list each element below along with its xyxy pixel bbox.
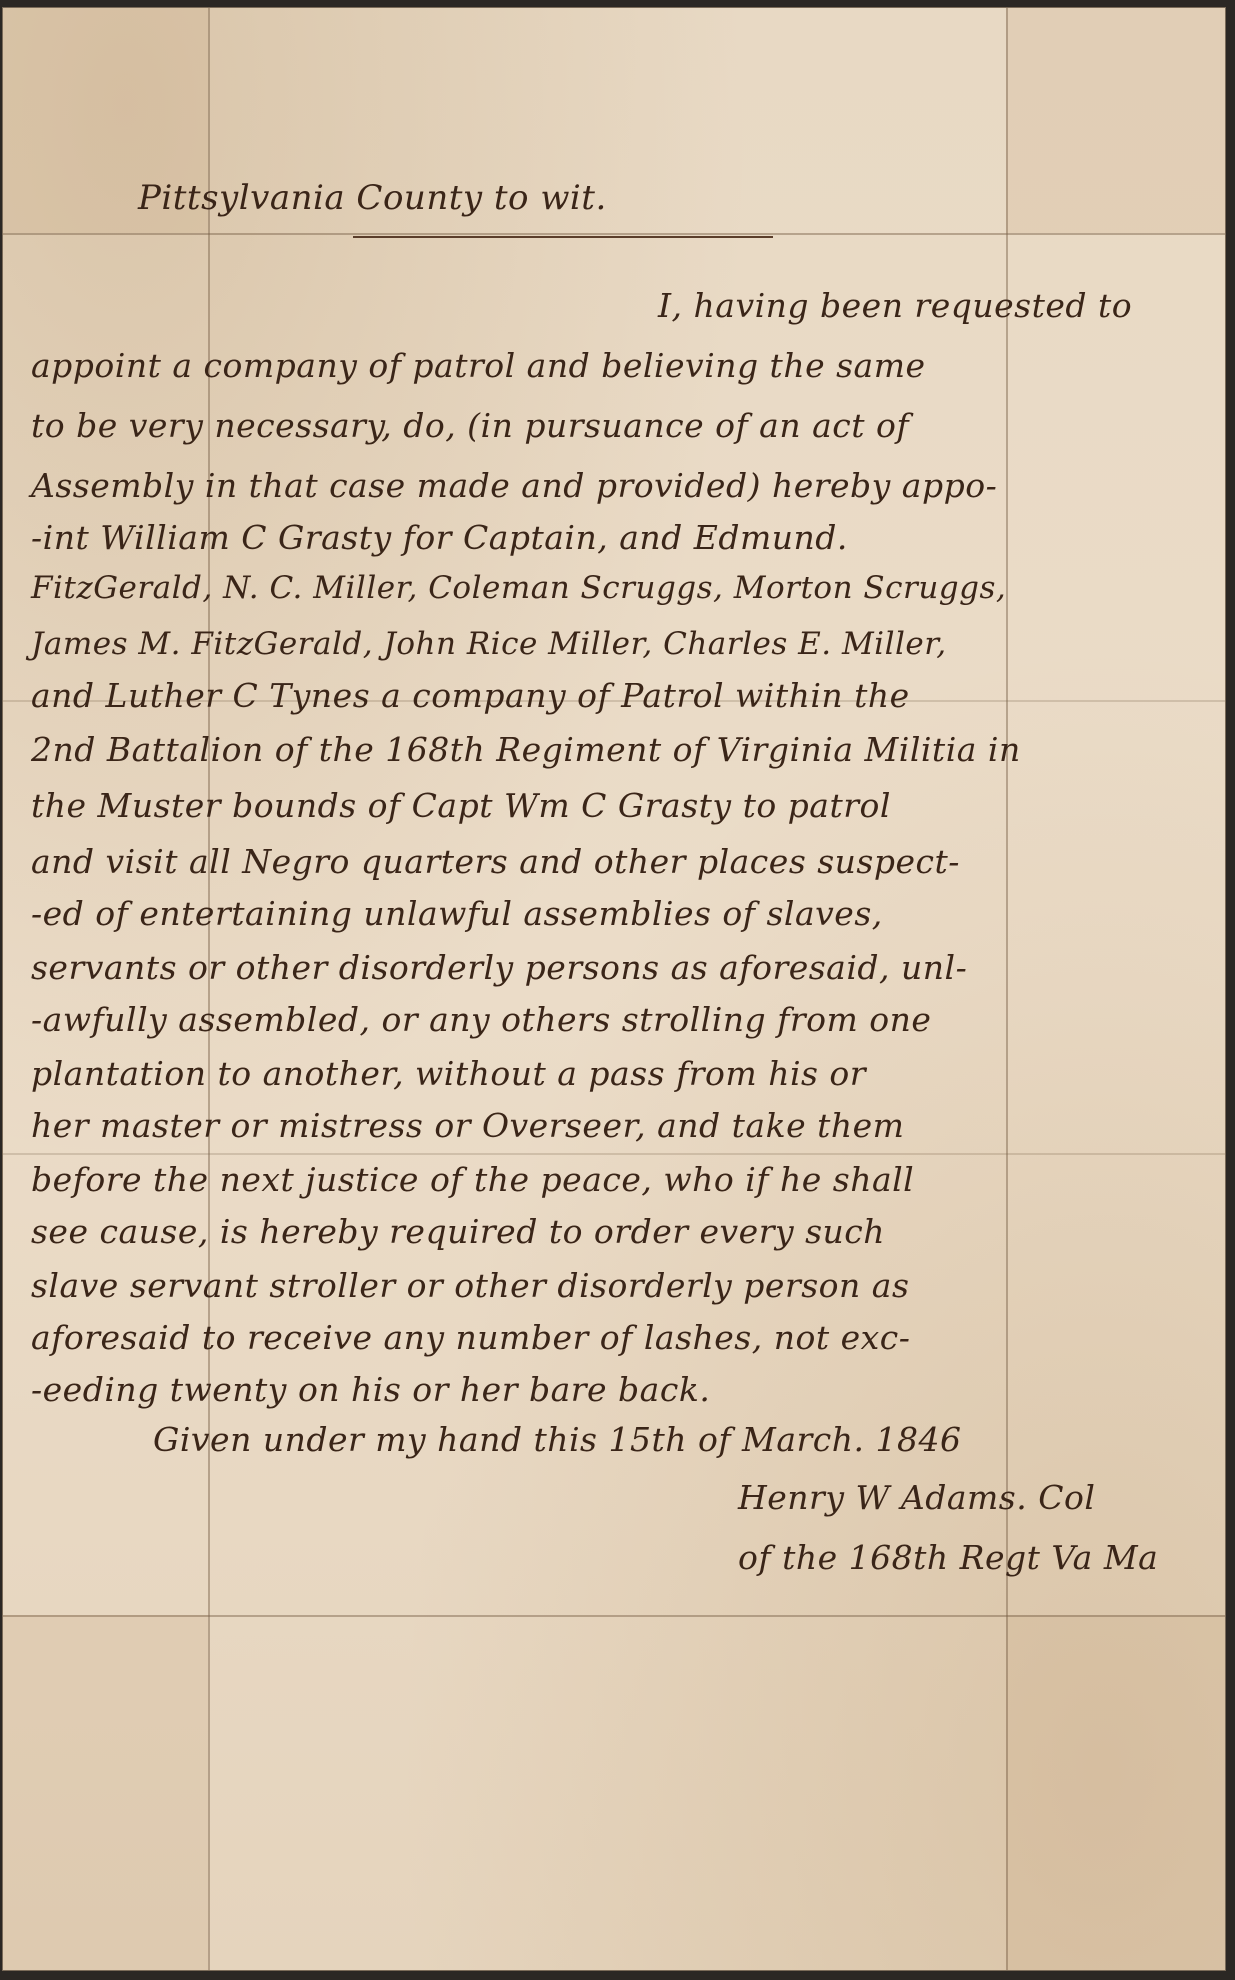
closing-date-line: Given under my hand this 15th of March. … (153, 1420, 961, 1459)
body-line: appoint a company of patrol and believin… (31, 346, 926, 385)
body-line: FitzGerald, N. C. Miller, Coleman Scrugg… (31, 570, 1006, 606)
fold-line-top (3, 233, 1225, 235)
body-line: -ed of entertaining unlawful assemblies … (31, 894, 883, 933)
body-line: aforesaid to receive any number of lashe… (31, 1318, 910, 1357)
body-line: her master or mistress or Overseer, and … (31, 1106, 904, 1145)
signature-name: Henry W Adams. Col (738, 1478, 1095, 1517)
body-line: slave servant stroller or other disorder… (31, 1266, 909, 1305)
fold-line-bottom (3, 1615, 1225, 1617)
body-line: Assembly in that case made and provided)… (31, 466, 997, 505)
body-line: James M. FitzGerald, John Rice Miller, C… (31, 626, 947, 662)
body-line: servants or other disorderly persons as … (31, 948, 967, 987)
heading-underline (353, 236, 773, 238)
fold-line-lower (3, 1153, 1225, 1155)
body-line: to be very necessary, do, (in pursuance … (31, 406, 909, 445)
manuscript-page: Pittsylvania County to wit. I, having be… (3, 8, 1225, 1970)
body-line: plantation to another, without a pass fr… (31, 1054, 866, 1093)
body-line: see cause, is hereby required to order e… (31, 1212, 885, 1251)
fold-line-left (208, 8, 210, 1970)
body-line: the Muster bounds of Capt Wm C Grasty to… (31, 786, 891, 825)
body-line: -eeding twenty on his or her bare back. (31, 1370, 710, 1409)
body-line: -awfully assembled, or any others stroll… (31, 1000, 931, 1039)
body-line: and Luther C Tynes a company of Patrol w… (31, 676, 910, 715)
body-line: I, having been requested to (658, 286, 1132, 325)
body-line: before the next justice of the peace, wh… (31, 1160, 914, 1199)
body-line: 2nd Battalion of the 168th Regiment of V… (31, 730, 1021, 769)
fold-panel-bottom-right (1006, 1615, 1225, 1970)
document-heading: Pittsylvania County to wit. (138, 178, 607, 218)
signature-title: of the 168th Regt Va Ma (738, 1538, 1158, 1577)
body-line: -int William C Grasty for Captain, and E… (31, 518, 848, 557)
fold-panel-top-right (1006, 8, 1225, 233)
fold-panel-bottom-left (3, 1615, 208, 1970)
body-line: and visit all Negro quarters and other p… (31, 842, 960, 881)
